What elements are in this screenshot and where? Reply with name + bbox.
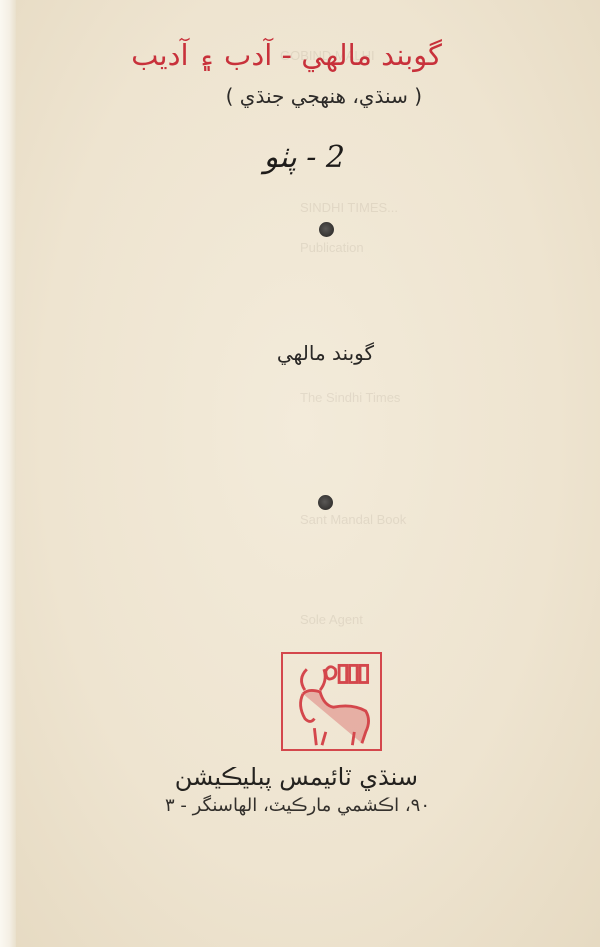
handwritten-note: 2 - پٺو [264, 140, 345, 175]
book-title-page: GOBIND MALHI SINDHI TIMES... Publication… [0, 0, 600, 947]
book-subtitle: ( سنڌي، هنهجي جنڌي ) [226, 84, 422, 108]
binding-hole [319, 222, 334, 237]
bleed-text: Publication [300, 240, 364, 255]
bleed-text: Sole Agent [300, 612, 363, 627]
bleed-text: SINDHI TIMES... [300, 200, 398, 215]
publisher-name: سنڌي ٽائيمس پبليڪيشن [175, 763, 418, 791]
bleed-text: The Sindhi Times [300, 390, 400, 405]
book-title: گوبند مالهي - آدب ۽ آديب [131, 38, 442, 72]
author-name: گوبند مالهي [277, 341, 374, 365]
binding-hole [318, 495, 333, 510]
bull-emblem-icon [281, 652, 382, 751]
bleed-text: Sant Mandal Book [300, 512, 406, 527]
page-spine-edge [0, 0, 16, 947]
publisher-address: ۹۰، اڪشمي مارڪيٽ، الهاسنگر - ۳ [165, 795, 430, 816]
